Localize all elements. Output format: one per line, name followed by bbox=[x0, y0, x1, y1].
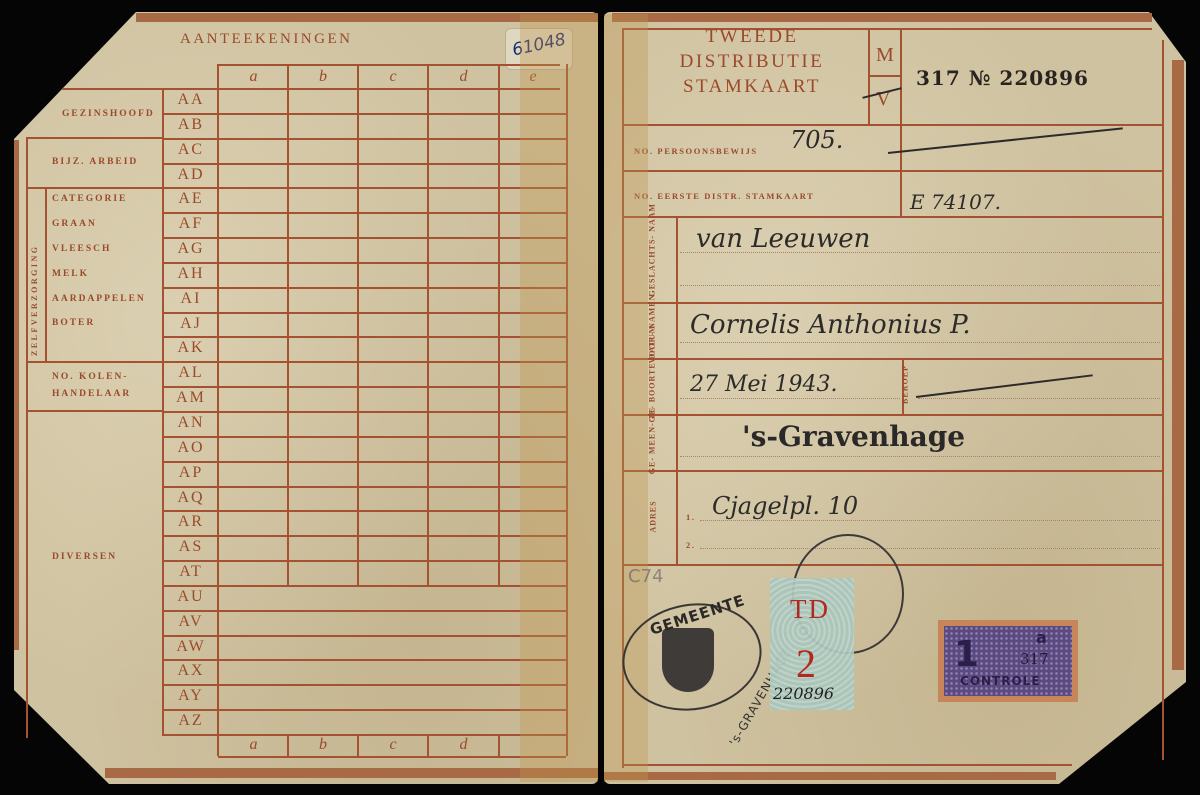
adres-line1-value: Cjagelpl. 10 bbox=[712, 492, 858, 520]
controle-stamp-inner: 1 a 317 CONTROLE bbox=[944, 626, 1072, 696]
row-code-label: AQ bbox=[164, 486, 218, 511]
row-code-label: AG bbox=[164, 237, 218, 262]
label-column-line bbox=[676, 216, 678, 564]
group-line-gezinshoofd bbox=[26, 137, 162, 139]
stamkaart-title: TWEEDE DISTRIBUTIE STAMKAART bbox=[632, 24, 872, 99]
footer-column-c: c bbox=[359, 734, 427, 756]
row-line bbox=[162, 138, 566, 140]
controle-letter: a bbox=[1036, 628, 1047, 647]
row-code-label: AL bbox=[164, 361, 218, 386]
label-vleesch: VLEESCH bbox=[52, 244, 111, 254]
serial-number: 317 № 220896 bbox=[916, 66, 1089, 90]
row-line bbox=[162, 262, 566, 264]
voornamen-value: Cornelis Anthonius P. bbox=[690, 310, 971, 340]
persoonsbewijs-label: NO. PERSOONSBEWIJS bbox=[634, 146, 758, 156]
geboortedatum-dotline bbox=[680, 398, 900, 399]
footer-column-b: b bbox=[289, 734, 357, 756]
col-divider-ab bbox=[287, 64, 289, 586]
row-line bbox=[162, 684, 566, 686]
controle-label: CONTROLE bbox=[960, 674, 1041, 688]
geslachtsnaam-label: GESLACHTS- NAAM bbox=[648, 217, 657, 297]
voornamen-dotline bbox=[680, 342, 1160, 343]
footer-bottom-line bbox=[218, 756, 566, 758]
aanteekeningen-title: AANTEEKENINGEN bbox=[180, 31, 352, 48]
row-line bbox=[162, 212, 566, 214]
row-line bbox=[162, 535, 566, 537]
row-line-geslachtsnaam bbox=[622, 302, 1162, 304]
group-line-kolen bbox=[26, 410, 162, 412]
mv-mid-line bbox=[868, 75, 900, 77]
row-line bbox=[162, 386, 566, 388]
footer-column-d: d bbox=[429, 734, 498, 756]
grid-header-line bbox=[62, 88, 560, 90]
row-code-label: AO bbox=[164, 436, 218, 461]
row-code-label: AK bbox=[164, 336, 218, 361]
row-line bbox=[162, 237, 566, 239]
row-line bbox=[162, 486, 566, 488]
footer-divider-de bbox=[498, 734, 500, 756]
left-border-band bbox=[14, 140, 19, 650]
persoonsbewijs-value: 705. bbox=[790, 126, 843, 154]
gemeente-dotline bbox=[680, 456, 1160, 457]
row-code-label: AC bbox=[164, 138, 218, 163]
eerste-stamkaart-value: E 74107. bbox=[910, 190, 1001, 214]
right-edge-border-band bbox=[1172, 60, 1184, 670]
label-bijz-arbeid: BIJZ. ARBEID bbox=[52, 157, 138, 167]
row-line-persoonsbewijs-top bbox=[622, 124, 1162, 126]
row-line bbox=[162, 635, 566, 637]
label-diversen: DIVERSEN bbox=[52, 552, 117, 562]
row-code-label: AM bbox=[164, 386, 218, 411]
row-code-label: AJ bbox=[164, 312, 218, 337]
row-line bbox=[162, 411, 566, 413]
row-line bbox=[162, 287, 566, 289]
row-line bbox=[162, 113, 566, 115]
geslachtsnaam-value: van Leeuwen bbox=[696, 224, 870, 254]
adres-line1-number: 1. bbox=[686, 512, 696, 522]
col-divider-de bbox=[498, 64, 500, 586]
label-graan: GRAAN bbox=[52, 219, 97, 229]
row-code-label: AZ bbox=[164, 709, 218, 734]
column-header-a: a bbox=[220, 66, 287, 88]
label-zelfverzorging: ZELFVERZORGING bbox=[30, 245, 39, 356]
group-line-zelfverzorging bbox=[26, 361, 162, 363]
row-line bbox=[162, 163, 566, 165]
row-code-label: AY bbox=[164, 684, 218, 709]
row-line-eerste-bottom bbox=[622, 216, 1162, 218]
title-line-1: TWEEDE bbox=[632, 24, 872, 49]
column-header-b: b bbox=[289, 66, 357, 88]
controle-number: 317 bbox=[1020, 650, 1049, 668]
row-code-label: AI bbox=[164, 287, 218, 312]
adres-label: ADRES bbox=[649, 482, 658, 552]
row-line bbox=[162, 560, 566, 562]
coat-of-arms-icon bbox=[662, 628, 714, 692]
title-line-3: STAMKAART bbox=[632, 74, 872, 99]
tape-strip-left bbox=[520, 14, 598, 782]
c74-mark: C74 bbox=[628, 566, 663, 587]
rp-frame-bottom bbox=[622, 764, 1072, 766]
grid-outer-left-line bbox=[26, 138, 28, 738]
geboortedatum-value: 27 Mei 1943. bbox=[690, 372, 838, 397]
row-line-gemeente bbox=[622, 470, 1162, 472]
footer-column-a: a bbox=[220, 734, 287, 756]
row-code-label: AH bbox=[164, 262, 218, 287]
row-code-label: AF bbox=[164, 212, 218, 237]
row-line bbox=[162, 361, 566, 363]
title-line-2: DISTRIBUTIE bbox=[632, 49, 872, 74]
gemeente-label: GE- MEEN- TE bbox=[648, 403, 657, 479]
label-aardappelen: AARDAPPELEN bbox=[52, 294, 146, 304]
column-header-c: c bbox=[359, 66, 427, 88]
right-top-border-band bbox=[612, 13, 1152, 22]
row-code-label: AP bbox=[164, 461, 218, 486]
geslachtsnaam-dotline-2 bbox=[680, 285, 1160, 286]
adres-line2-number: 2. bbox=[686, 540, 696, 550]
row-code-label: AV bbox=[164, 610, 218, 635]
row-code-label: AE bbox=[164, 187, 218, 212]
gemeente-stamp-value: 's-Gravenhage bbox=[742, 420, 965, 453]
controle-digit: 1 bbox=[954, 634, 979, 675]
row-line bbox=[162, 510, 566, 512]
beroep-dotline bbox=[918, 398, 1160, 399]
row-line-voornamen bbox=[622, 358, 1162, 360]
label-categorie: CATEGORIE bbox=[52, 194, 127, 204]
label-melk: MELK bbox=[52, 269, 89, 279]
eerste-stamkaart-label: NO. EERSTE DISTR. STAMKAART bbox=[634, 191, 814, 201]
label-boter: BOTER bbox=[52, 318, 95, 328]
col-divider-bc bbox=[357, 64, 359, 586]
row-code-label: AU bbox=[164, 585, 218, 610]
row-line bbox=[162, 585, 566, 587]
row-code-label: AS bbox=[164, 535, 218, 560]
row-code-label: AD bbox=[164, 163, 218, 188]
row-code-label: AR bbox=[164, 510, 218, 535]
adres-dotline-1 bbox=[700, 520, 1160, 521]
label-kolen-line1: NO. KOLEN- bbox=[52, 372, 128, 382]
row-line bbox=[162, 659, 566, 661]
row-line-geboortedatum bbox=[622, 414, 1162, 416]
row-line bbox=[162, 610, 566, 612]
row-line bbox=[162, 709, 566, 711]
row-code-label: AW bbox=[164, 635, 218, 660]
label-gezinshoofd: GEZINSHOOFD bbox=[62, 109, 155, 119]
td-stamp-handwritten: 220896 bbox=[773, 684, 834, 703]
td-stamp-number: 2 bbox=[796, 640, 816, 687]
column-header-d: d bbox=[429, 66, 498, 88]
td-stamp-letters: TD bbox=[790, 594, 830, 625]
row-code-label: AN bbox=[164, 411, 218, 436]
row-line bbox=[162, 336, 566, 338]
row-line bbox=[162, 312, 566, 314]
row-line bbox=[162, 187, 566, 189]
adres-dotline-2 bbox=[700, 548, 1160, 549]
sex-m: M bbox=[876, 44, 894, 67]
row-line bbox=[162, 436, 566, 438]
row-code-label: AB bbox=[164, 113, 218, 138]
row-code-label: AT bbox=[164, 560, 218, 585]
controle-stamp: 1 a 317 CONTROLE bbox=[938, 620, 1078, 702]
zelfverzorging-inner-line bbox=[45, 187, 47, 361]
beroep-label: BEROEP bbox=[901, 360, 910, 410]
row-line bbox=[162, 461, 566, 463]
right-bottom-border-band bbox=[604, 772, 1056, 780]
row-code-label: AA bbox=[164, 88, 218, 113]
header-divider-line bbox=[900, 28, 902, 216]
col-divider-cd bbox=[427, 64, 429, 586]
row-line-persoonsbewijs-bottom bbox=[622, 170, 1162, 172]
label-kolen-line2: HANDELAAR bbox=[52, 389, 131, 399]
row-code-label: AX bbox=[164, 659, 218, 684]
rp-frame-right bbox=[1162, 40, 1164, 760]
